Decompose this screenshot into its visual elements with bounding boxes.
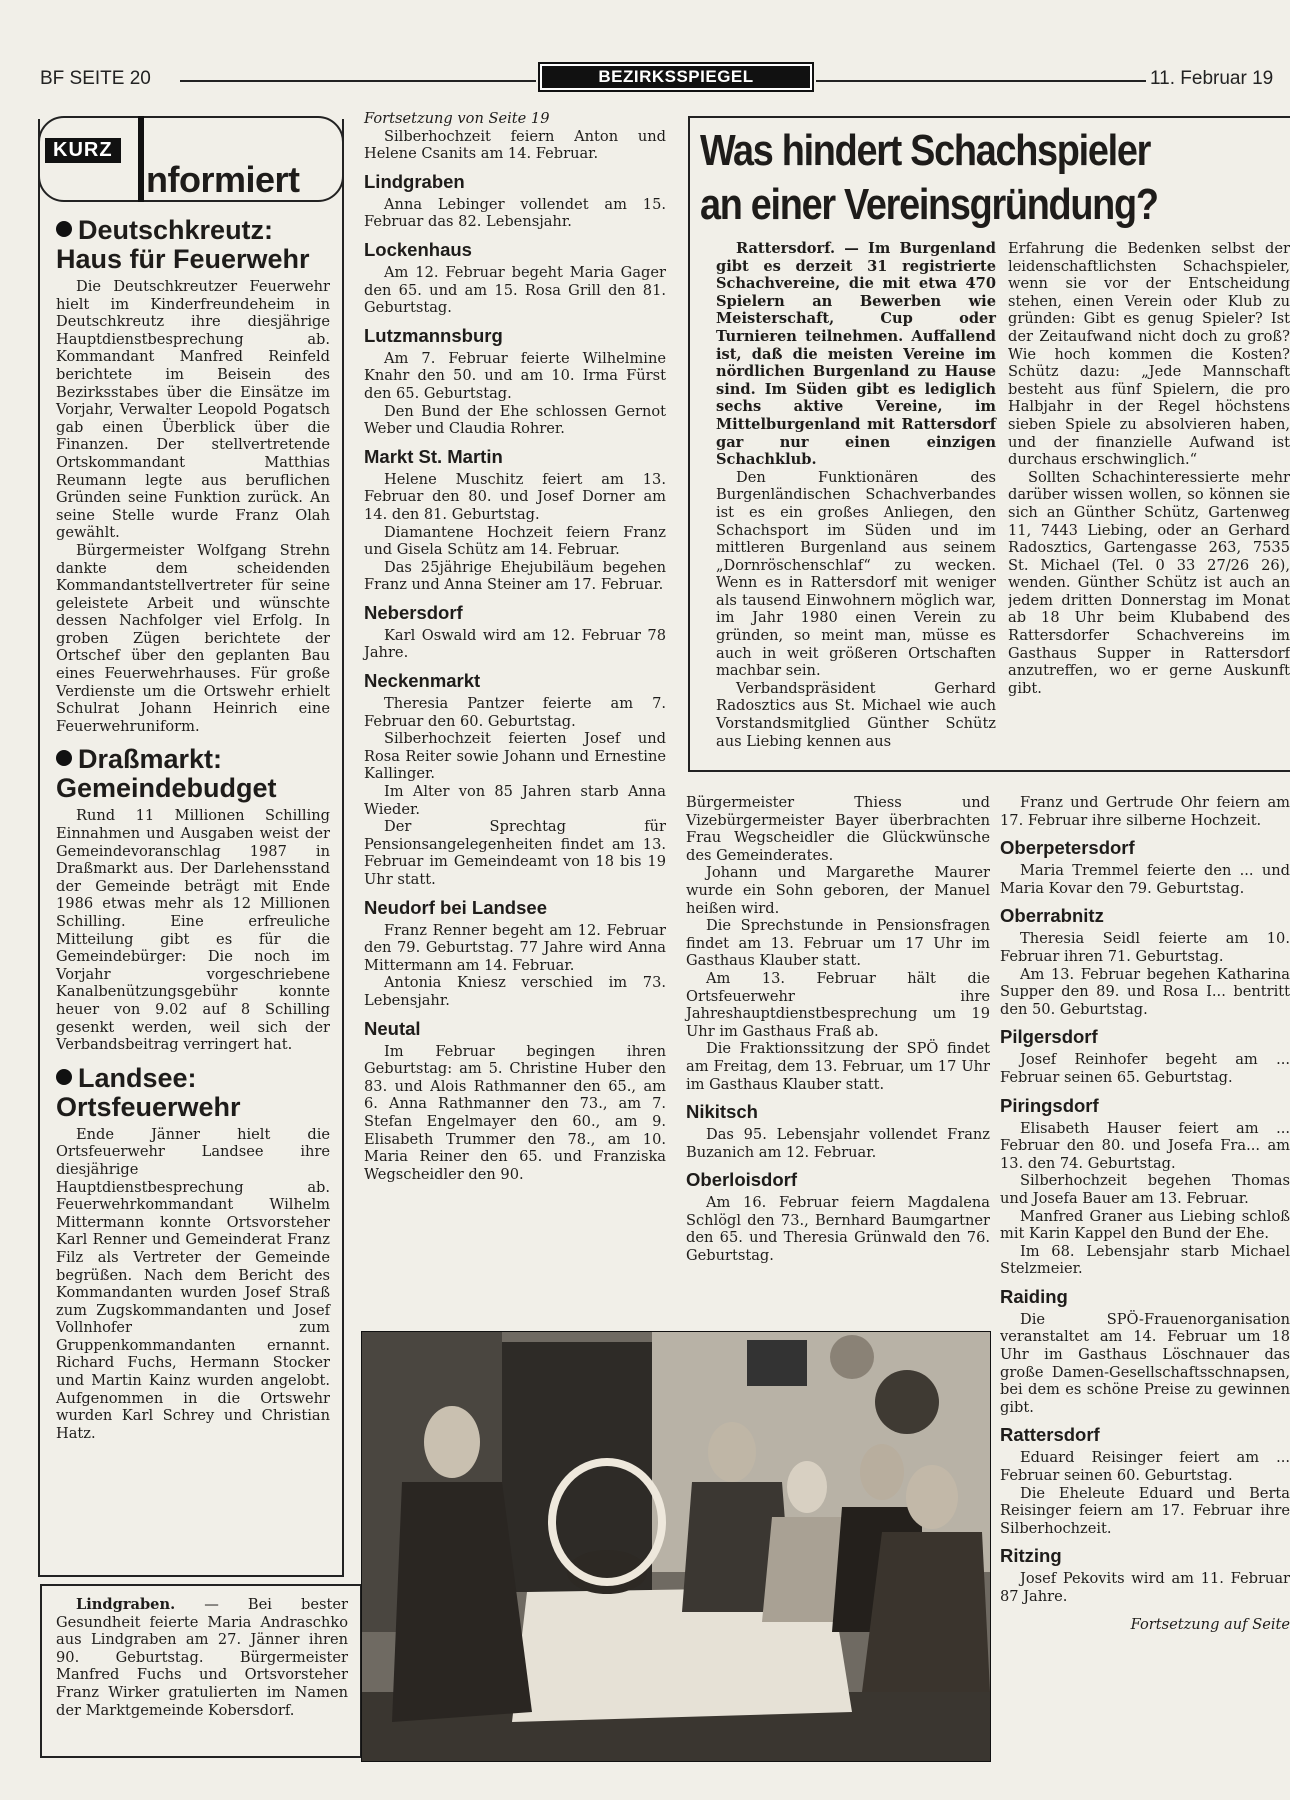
column-paragraph: Die Sprechstunde in Pensionsfragen finde…	[686, 917, 990, 970]
section-paragraph: Im 68. Lebensjahr starb Michael Stelzmei…	[1000, 1243, 1290, 1278]
photo-illustration-icon	[362, 1332, 990, 1761]
chess-paragraph: Den Funktionären des Burgenländischen Sc…	[716, 469, 996, 680]
caption-text: — Bei bester Gesundheit feierte Maria An…	[56, 1596, 348, 1719]
section-paragraph: Anna Lebinger vollendet am 15. Februar d…	[364, 196, 666, 231]
news-photo	[361, 1331, 991, 1762]
section-paragraph: Diamantene Hochzeit feiern Franz und Gis…	[364, 524, 666, 559]
section-paragraph: Am 13. Februar begehen Katharina Supper …	[1000, 966, 1290, 1019]
article-paragraph: Ende Jänner hielt die Ortsfeuerwehr Land…	[56, 1126, 330, 1443]
section-paragraph: Helene Muschitz feiert am 13. Februar de…	[364, 471, 666, 524]
chess-paragraph: Verbandspräsident Gerhard Radosztics aus…	[716, 680, 996, 750]
caption-lead: Lindgraben.	[76, 1596, 175, 1613]
section-heading: Nikitsch	[686, 1101, 990, 1123]
article-paragraph: Die Deutschkreutzer Feuerwehr hielt im K…	[56, 278, 330, 542]
section-heading: Piringsdorf	[1000, 1095, 1290, 1117]
section-paragraph: Franz Renner begeht am 12. Februar den 7…	[364, 922, 666, 975]
section-paragraph: Die Eheleute Eduard und Berta Reisinger …	[1000, 1485, 1290, 1538]
section-paragraph: Das 95. Lebensjahr vollendet Franz Buzan…	[686, 1126, 990, 1161]
section-paragraph: Antonia Kniesz verschied im 73. Lebensja…	[364, 974, 666, 1009]
section-oberpetersdorf: Oberpetersdorf Maria Tremmel feierte den…	[1000, 837, 1290, 897]
continued-from: Fortsetzung von Seite 19	[364, 110, 666, 128]
bullet-icon	[56, 750, 72, 766]
section-heading: Nebersdorf	[364, 602, 666, 624]
section-paragraph: Silberhochzeit begehen Thomas und Josefa…	[1000, 1172, 1290, 1207]
section-paragraph: Eduard Reisinger feiert am ... Februar s…	[1000, 1449, 1290, 1484]
section-heading: Neckenmarkt	[364, 670, 666, 692]
column-paragraph: Die Fraktionssitzung der SPÖ findet am F…	[686, 1040, 990, 1093]
article-headline: Draßmarkt:Gemeindebudget	[56, 745, 330, 803]
column-3: Bürgermeister Thiess und Vizebürgermeist…	[686, 794, 990, 1265]
section-neckenmarkt: Neckenmarkt Theresia Pantzer feierte am …	[364, 670, 666, 889]
kurz-label: KURZ	[45, 138, 121, 163]
column-paragraph: Am 13. Februar hält die Ortsfeuerwehr ih…	[686, 970, 990, 1040]
section-nikitsch: Nikitsch Das 95. Lebensjahr vollendet Fr…	[686, 1101, 990, 1161]
bullet-icon	[56, 221, 72, 237]
bullet-icon	[56, 1069, 72, 1085]
section-heading: Oberloisdorf	[686, 1169, 990, 1191]
section-paragraph: Die SPÖ-Frauenorganisation veranstaltet …	[1000, 1311, 1290, 1417]
section-heading: Rattersdorf	[1000, 1424, 1290, 1446]
section-neudorf-bei-landsee: Neudorf bei Landsee Franz Renner begeht …	[364, 897, 666, 1010]
section-paragraph: Theresia Pantzer feierte am 7. Februar d…	[364, 695, 666, 730]
photo-caption: Lindgraben. — Bei bester Gesundheit feie…	[56, 1596, 348, 1719]
column-paragraph: Johann und Margarethe Maurer wurde ein S…	[686, 864, 990, 917]
column-paragraph: Bürgermeister Thiess und Vizebürgermeist…	[686, 794, 990, 864]
section-paragraph: Der Sprechtag für Pensionsangelegenheite…	[364, 818, 666, 888]
article-landsee: Landsee:Ortsfeuerwehr Ende Jänner hielt …	[56, 1064, 330, 1443]
section-paragraph: Theresia Seidl feierte am 10. Februar ih…	[1000, 930, 1290, 965]
chess-paragraph: Sollten Schachinteressierte mehr darüber…	[1008, 469, 1290, 698]
header-rule-left	[180, 80, 536, 82]
section-paragraph: Manfred Graner aus Liebing schloß mit Ka…	[1000, 1208, 1290, 1243]
chess-headline: Was hindert Schachspieler an einer Verei…	[700, 124, 1207, 232]
section-oberloisdorf: Oberloisdorf Am 16. Februar feiern Magda…	[686, 1169, 990, 1264]
column-2: Fortsetzung von Seite 19 Silberhochzeit …	[364, 110, 666, 1183]
section-heading: Neutal	[364, 1018, 666, 1040]
column-intro: Franz und Gertrude Ohr feiern am 17. Feb…	[1000, 794, 1290, 829]
section-oberrabnitz: Oberrabnitz Theresia Seidl feierte am 10…	[1000, 905, 1290, 1018]
section-heading: Lutzmannsburg	[364, 325, 666, 347]
article-headline: Landsee:Ortsfeuerwehr	[56, 1064, 330, 1122]
section-piringsdorf: Piringsdorf Elisabeth Hauser feiert am .…	[1000, 1095, 1290, 1278]
section-raiding: Raiding Die SPÖ-Frauenorganisation veran…	[1000, 1286, 1290, 1417]
section-pilgersdorf: Pilgersdorf Josef Reinhofer begeht am ..…	[1000, 1026, 1290, 1086]
section-paragraph: Den Bund der Ehe schlossen Gernot Weber …	[364, 403, 666, 438]
section-heading: Raiding	[1000, 1286, 1290, 1308]
section-paragraph: Am 12. Februar begeht Maria Gager den 65…	[364, 264, 666, 317]
chess-paragraph: Erfahrung die Bedenken selbst der leiden…	[1008, 240, 1290, 469]
kurz-articles: Deutschkreutz:Haus für Feuerwehr Die Deu…	[56, 210, 330, 1442]
article-paragraph: Bürgermeister Wolfgang Strehn dankte dem…	[56, 542, 330, 736]
section-lutzmannsburg: Lutzmannsburg Am 7. Februar feierte Wilh…	[364, 325, 666, 438]
chess-column-1: Rattersdorf. — Im Burgenland gibt es der…	[716, 240, 996, 750]
section-markt-st-martin: Markt St. Martin Helene Muschitz feiert …	[364, 446, 666, 594]
section-paragraph: Karl Oswald wird am 12. Februar 78 Jahre…	[364, 627, 666, 662]
section-paragraph: Das 25jährige Ehejubiläum begehen Franz …	[364, 559, 666, 594]
section-rattersdorf: Rattersdorf Eduard Reisinger feiert am .…	[1000, 1424, 1290, 1537]
section-paragraph: Elisabeth Hauser feiert am ... Februar d…	[1000, 1120, 1290, 1173]
section-heading: Lockenhaus	[364, 239, 666, 261]
section-paragraph: Am 16. Februar feiern Magdalena Schlögl …	[686, 1194, 990, 1264]
section-paragraph: Josef Pekovits wird am 11. Februar 87 Ja…	[1000, 1570, 1290, 1605]
continued-on: Fortsetzung auf Seite	[1000, 1616, 1290, 1634]
chess-column-2: Erfahrung die Bedenken selbst der leiden…	[1008, 240, 1290, 760]
issue-date: 11. Februar 19	[1150, 68, 1273, 90]
section-heading: Markt St. Martin	[364, 446, 666, 468]
section-paragraph: Im Alter von 85 Jahren starb Anna Wieder…	[364, 783, 666, 818]
section-banner-label: BEZIRKSSPIEGEL	[542, 66, 810, 88]
section-banner: BEZIRKSSPIEGEL	[538, 62, 814, 92]
section-heading: Oberpetersdorf	[1000, 837, 1290, 859]
column-intro: Silberhochzeit feiern Anton und Helene C…	[364, 128, 666, 163]
header-rule-right	[816, 80, 1146, 82]
article-headline: Deutschkreutz:Haus für Feuerwehr	[56, 216, 330, 274]
section-heading: Ritzing	[1000, 1545, 1290, 1567]
section-heading: Pilgersdorf	[1000, 1026, 1290, 1048]
column-4: Franz und Gertrude Ohr feiern am 17. Feb…	[1000, 794, 1290, 1754]
kurz-title: nformiert	[146, 160, 300, 200]
section-lockenhaus: Lockenhaus Am 12. Februar begeht Maria G…	[364, 239, 666, 317]
section-paragraph: Im Februar begingen ihren Geburtstag: am…	[364, 1043, 666, 1184]
section-paragraph: Josef Reinhofer begeht am ... Februar se…	[1000, 1051, 1290, 1086]
section-neutal: Neutal Im Februar begingen ihren Geburts…	[364, 1018, 666, 1184]
article-drassmarkt: Draßmarkt:Gemeindebudget Rund 11 Million…	[56, 745, 330, 1053]
section-ritzing: Ritzing Josef Pekovits wird am 11. Febru…	[1000, 1545, 1290, 1605]
article-deutschkreutz: Deutschkreutz:Haus für Feuerwehr Die Deu…	[56, 216, 330, 735]
kurz-header-bar	[138, 116, 144, 202]
section-heading: Lindgraben	[364, 171, 666, 193]
section-paragraph: Maria Tremmel feierte den ... und Maria …	[1000, 862, 1290, 897]
section-nebersdorf: Nebersdorf Karl Oswald wird am 12. Febru…	[364, 602, 666, 662]
chess-lead: Rattersdorf. — Im Burgenland gibt es der…	[716, 240, 996, 469]
section-paragraph: Silberhochzeit feierten Josef und Rosa R…	[364, 730, 666, 783]
section-paragraph: Am 7. Februar feierte Wilhelmine Knahr d…	[364, 350, 666, 403]
section-lindgraben: Lindgraben Anna Lebinger vollendet am 15…	[364, 171, 666, 231]
article-paragraph: Rund 11 Millionen Schilling Einnahmen un…	[56, 807, 330, 1053]
section-heading: Neudorf bei Landsee	[364, 897, 666, 919]
section-heading: Oberrabnitz	[1000, 905, 1290, 927]
page-number: BF SEITE 20	[40, 68, 151, 90]
